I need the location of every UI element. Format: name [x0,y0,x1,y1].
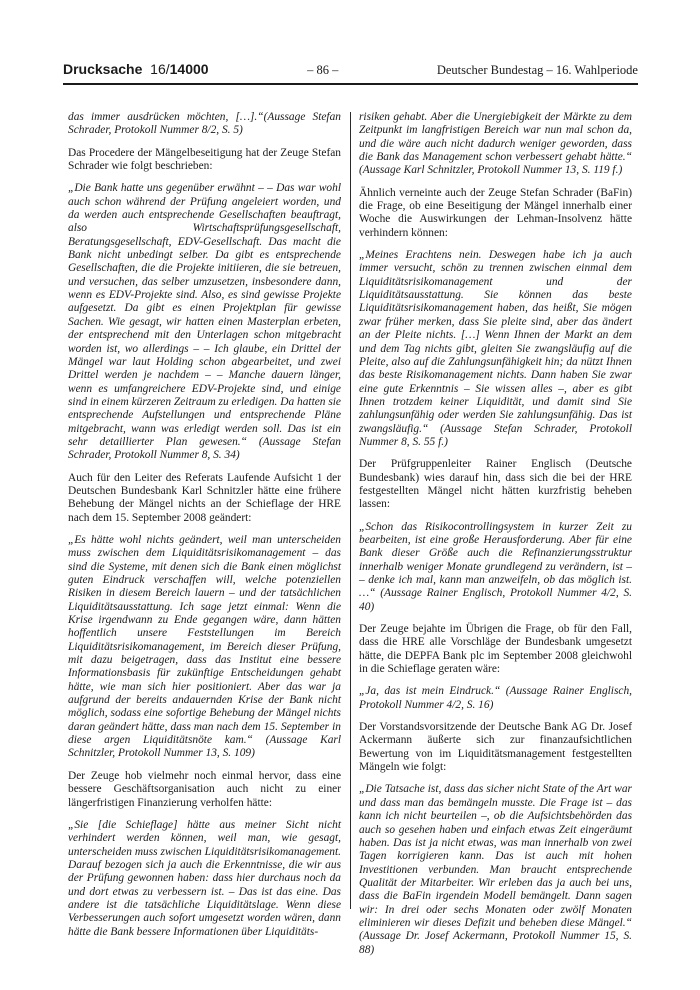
quote-paragraph: „Die Tatsache ist, dass das sicher nicht… [359,783,632,956]
narrative-paragraph: Der Zeuge hob vielmehr noch einmal hervo… [68,770,341,810]
quote-continuation-paragraph: risiken gehabt. Aber die Unergiebigkeit … [359,111,632,178]
doc-label: Drucksache [63,61,142,77]
left-column: das immer ausdrücken möchten, […].“(Auss… [68,111,341,957]
doc-id: 14000 [170,61,209,77]
page-header: Drucksache 16/14000 – 86 – Deutscher Bun… [63,61,638,78]
quote-paragraph: „Die Bank hatte uns gegenüber erwähnt – … [68,182,341,462]
text-body: das immer ausdrücken möchten, […].“(Auss… [68,111,632,957]
narrative-paragraph: Der Vorstandsvorsitzende der Deutsche Ba… [359,721,632,774]
doc-series-number: 16/ [150,61,169,77]
narrative-paragraph: Der Prüfgruppenleiter Rainer Englisch (D… [359,458,632,511]
quote-paragraph: „Es hätte wohl nichts geändert, weil man… [68,534,341,761]
page-number: – 86 – [209,63,437,78]
column-separator [350,112,351,909]
narrative-paragraph: Ähnlich verneinte auch der Zeuge Stefan … [359,187,632,240]
right-column: risiken gehabt. Aber die Unergiebigkeit … [359,111,632,957]
narrative-paragraph: Auch für den Leiter des Referats Laufend… [68,472,341,525]
legislature-title: Deutscher Bundestag – 16. Wahlperiode [437,63,638,78]
quote-paragraph: „Meines Erachtens nein. Deswegen habe ic… [359,249,632,449]
quote-paragraph: „Sie [die Schieflage] hätte aus meiner S… [68,819,341,939]
narrative-paragraph: Das Procedere der Mängelbeseitigung hat … [68,147,341,174]
narrative-paragraph: Der Zeuge bejahte im Übrigen die Frage, … [359,623,632,676]
quote-paragraph: „Ja, das ist mein Eindruck.“ (Aussage Ra… [359,685,632,712]
header-rule [63,83,638,85]
quote-paragraph: „Schon das Risikocontrollingsystem in ku… [359,521,632,614]
document-page: Drucksache 16/14000 – 86 – Deutscher Bun… [0,0,700,990]
quote-continuation-paragraph: das immer ausdrücken möchten, […].“(Auss… [68,111,341,138]
document-number: Drucksache 16/14000 [63,61,209,77]
